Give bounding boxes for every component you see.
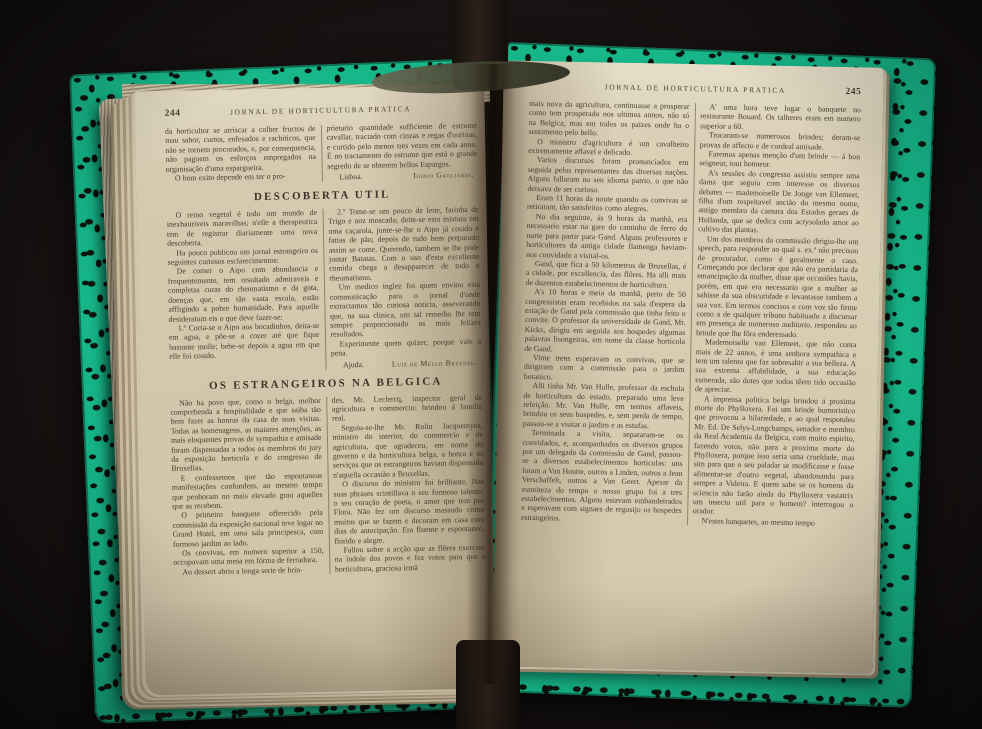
paragraph: A' uma hora teve logar o banquete no res… [700, 102, 861, 133]
paragraph: 2.º Tome-se um pouco de leite, farinha d… [328, 205, 480, 283]
paragraph: Experimente quem quizer, porque vale a p… [331, 337, 482, 359]
signature-place: Ajuda. [343, 360, 364, 369]
paragraph: O discurso do ministro foi brilhante. Na… [333, 477, 485, 546]
text-block: Não ha povo que, como o belga, melhor co… [170, 392, 485, 577]
paragraph: Varios discursos foram pronunciados em s… [527, 155, 688, 196]
paragraph: E confessemos que tão espontaneas manife… [172, 471, 323, 512]
paragraph: No dia seguinte, ás 9 horas da manhã, er… [526, 212, 687, 262]
column-left: da horticultor se arriscar a colher fruc… [165, 124, 317, 185]
text-block: O reino vegetal é todo um mundo de inexh… [167, 205, 482, 372]
paragraph: Um dos membros da commissão dirigiu-lhe … [696, 234, 858, 341]
paragraph: O primeiro banquete offerecido pela comm… [172, 508, 323, 549]
paragraph: A's sessões do congresso assistiu sempre… [698, 168, 860, 237]
paragraph: Gand, que fica a 50 kilometros de Bruxel… [526, 259, 687, 290]
paragraph: Alli tinha Mr. Van Hulle, professor da e… [523, 381, 684, 431]
column-right: des, Mr. Leclercq, inspector geral de ag… [332, 392, 486, 574]
book-gutter-shadow [466, 64, 516, 684]
paragraph: Seguiu-se-lhe Mr. Rolin Jacquemyns, mini… [332, 421, 484, 480]
paragraph: Fallou sobre a acção que as flôres exerc… [334, 543, 485, 574]
paragraph: Mademoiselle van Ellemeet, que não conta… [695, 337, 857, 397]
open-book-photo: 244 JORNAL DE HORTICULTURA PRATICA da ho… [0, 0, 982, 729]
column-divider [326, 396, 330, 574]
paragraph: da horticultor se arriscar a colher fruc… [165, 124, 316, 174]
paragraph: 1.º Corta-se o Aipo aos bocadinhos, deit… [169, 321, 320, 362]
paragraph: Terminada a visita, separaram-se os conv… [521, 428, 683, 525]
column-paragraphs: prietario quantidade sufficiente de estr… [326, 121, 477, 171]
signature-place: Lisboa. [339, 172, 362, 181]
left-page: 244 JORNAL DE HORTICULTURA PRATICA da ho… [134, 85, 496, 696]
running-title: JORNAL DE HORTICULTURA PRATICA [567, 82, 823, 96]
right-page-number: 245 [823, 87, 861, 98]
column-left: Não ha povo que, como o belga, melhor co… [170, 395, 324, 577]
paragraph: A imprensa politica belga brindou á prox… [693, 394, 856, 519]
column-paragraphs: 2.º Tome-se um pouco de leite, farinha d… [328, 205, 481, 358]
right-page: JORNAL DE HORTICULTURA PRATICA 245 mais … [492, 60, 884, 673]
column-divider [320, 125, 322, 182]
section-heading: OS ESTRANGEIROS NA BELGICA [170, 374, 482, 392]
column-right: 2.º Tome-se um pouco de leite, farinha d… [328, 205, 482, 369]
column-left: mais nova da agricultura, continuasse a … [521, 99, 690, 525]
running-title: JORNAL DE HORTICULTURA PRATICA [203, 104, 439, 118]
paragraph: mais nova da agricultura, continuasse a … [528, 99, 689, 140]
paragraph: Um medico inglez foi quem enviou esta co… [329, 280, 481, 339]
paragraph: O bom exito depende em ter o pro- [166, 171, 317, 183]
signature-row: Ajuda. Luiz de Mello Breyner. [331, 357, 482, 369]
paragraph: prietario quantidade sufficiente de estr… [326, 121, 477, 171]
signature-row: Lisboa. Iginio Gagliardi. [327, 170, 478, 182]
text-block: mais nova da agricultura, continuasse a … [521, 99, 861, 529]
column-divider [322, 209, 326, 369]
header-spacer [529, 88, 567, 89]
paragraph: Vinte trens esperavam os convivas, que s… [524, 353, 685, 384]
paragraph: des, Mr. Leclercq, inspector geral de ag… [332, 392, 483, 423]
signature-name: Luiz de Mello Breyner. [392, 357, 478, 368]
paragraph: Ao dessert abriu a longa serie de brin- [173, 565, 324, 577]
paragraph: O reino vegetal é todo um mundo de inexh… [167, 208, 318, 249]
paragraph: N'estes banquetes, ao mesmo tempo [692, 516, 853, 528]
signature-name: Iginio Gagliardi. [413, 170, 474, 180]
left-page-number: 244 [165, 108, 203, 119]
text-block: da horticultor se arriscar a colher fruc… [165, 121, 478, 185]
paragraph: Não ha povo que, como o belga, melhor co… [170, 395, 322, 473]
right-page-header: JORNAL DE HORTICULTURA PRATICA 245 [529, 81, 861, 97]
column-right: prietario quantidade sufficiente de estr… [326, 121, 478, 182]
column-left: O reino vegetal é todo um mundo de inexh… [167, 208, 321, 372]
paragraph: De comer o Aipo com abundancia e frequen… [168, 264, 320, 323]
left-page-header: 244 JORNAL DE HORTICULTURA PRATICA [165, 103, 477, 119]
column-right: A' uma hora teve logar o banquete no res… [692, 102, 861, 528]
paragraph: A's 10 horas e meia da manhã, perto de 5… [524, 287, 686, 356]
section-heading: DESCOBERTA UTIL [166, 187, 478, 205]
